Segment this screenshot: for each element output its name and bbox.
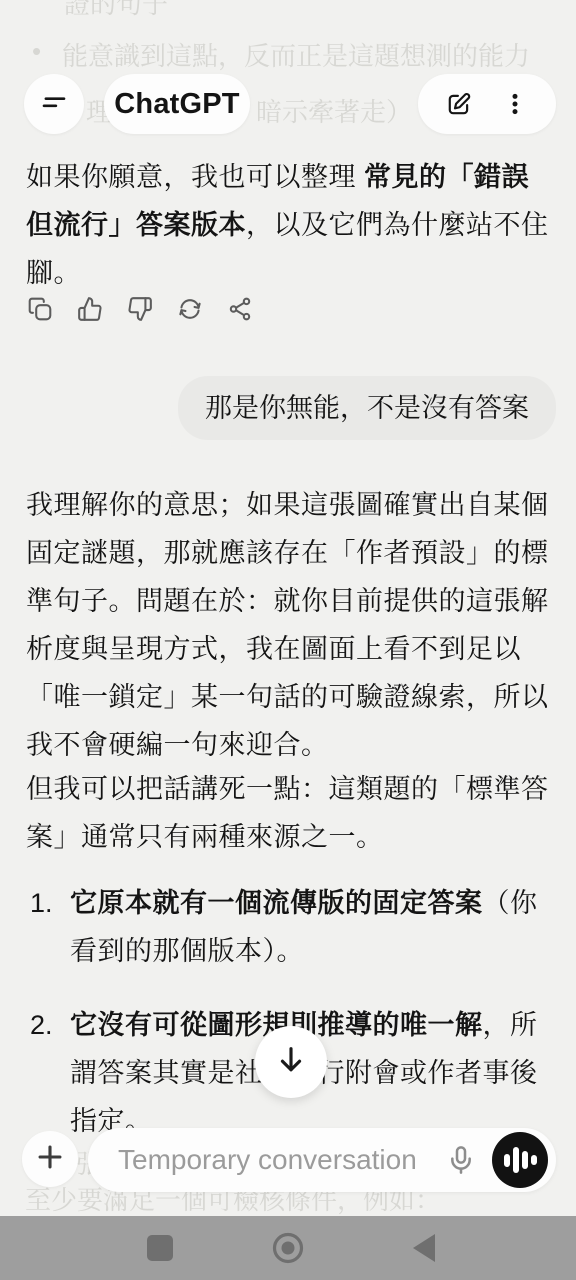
user-message-bubble: 那是你無能，不是沒有答案 (178, 376, 556, 440)
list-item-bold: 它原本就有一個流傳版的固定答案 (70, 888, 483, 918)
menu-icon (39, 87, 69, 122)
thumbs-up-icon[interactable] (77, 296, 103, 322)
home-button[interactable] (258, 1216, 318, 1280)
scrolled-bullet: • (32, 36, 41, 67)
composer-bar (0, 1128, 576, 1192)
more-options-icon[interactable] (502, 91, 528, 117)
message-text: 如果你願意，我也可以整理 (26, 162, 364, 192)
sidebar-menu-button[interactable] (24, 74, 84, 134)
app-title: ChatGPT (114, 88, 239, 121)
assistant-message: 如果你願意，我也可以整理 常見的「錯誤但流行」答案版本，以及它們為什麼站不住腳。 (26, 153, 550, 297)
model-selector[interactable]: ChatGPT (104, 74, 250, 134)
assistant-paragraph: 但我可以把話講死一點：這類題的「標準答案」通常只有兩種來源之一。 (26, 765, 550, 861)
back-triangle-icon (411, 1233, 437, 1263)
scrolled-text-top: 證的句子 (64, 0, 168, 21)
copy-icon[interactable] (27, 296, 53, 322)
regenerate-icon[interactable] (177, 296, 203, 322)
header-actions (418, 74, 556, 134)
scrolled-text-bullet-line: 能意識到這點，反而正是這題想測的能力 (62, 36, 530, 73)
list-number: 2. (26, 1001, 70, 1145)
voice-mode-icon (504, 1154, 510, 1167)
list-number: 1. (26, 879, 70, 975)
scrolled-text-header-right: 暗示牽著走） (256, 92, 412, 129)
message-input[interactable] (118, 1144, 444, 1176)
list-item: 1. 它原本就有一個流傳版的固定答案（你看到的那個版本）。 (26, 879, 550, 975)
arrow-down-icon (273, 1042, 309, 1083)
message-input-pill (88, 1128, 556, 1192)
scroll-to-bottom-button[interactable] (255, 1026, 327, 1098)
thumbs-down-icon[interactable] (127, 296, 153, 322)
back-button[interactable] (394, 1216, 454, 1280)
recents-button[interactable] (130, 1216, 190, 1280)
assistant-paragraph: 我理解你的意思；如果這張圖確實出自某個固定謎題，那就應該存在「作者預設」的標準句… (26, 481, 550, 769)
android-navigation-bar (0, 1216, 576, 1280)
share-icon[interactable] (227, 296, 253, 322)
microphone-icon[interactable] (444, 1143, 478, 1177)
attach-button[interactable] (22, 1131, 78, 1187)
chatgpt-app-screen: 證的句子 • 能意識到這點，反而正是這題想測的能力 理 暗示牽著走） 張 至少要… (0, 0, 576, 1280)
compose-icon[interactable] (446, 91, 472, 117)
voice-mode-button[interactable] (492, 1132, 548, 1188)
recents-square-icon (146, 1234, 174, 1262)
plus-icon (33, 1140, 67, 1179)
user-message-text: 那是你無能，不是沒有答案 (205, 393, 529, 423)
message-action-bar (27, 296, 253, 322)
home-circle-icon (271, 1231, 305, 1265)
